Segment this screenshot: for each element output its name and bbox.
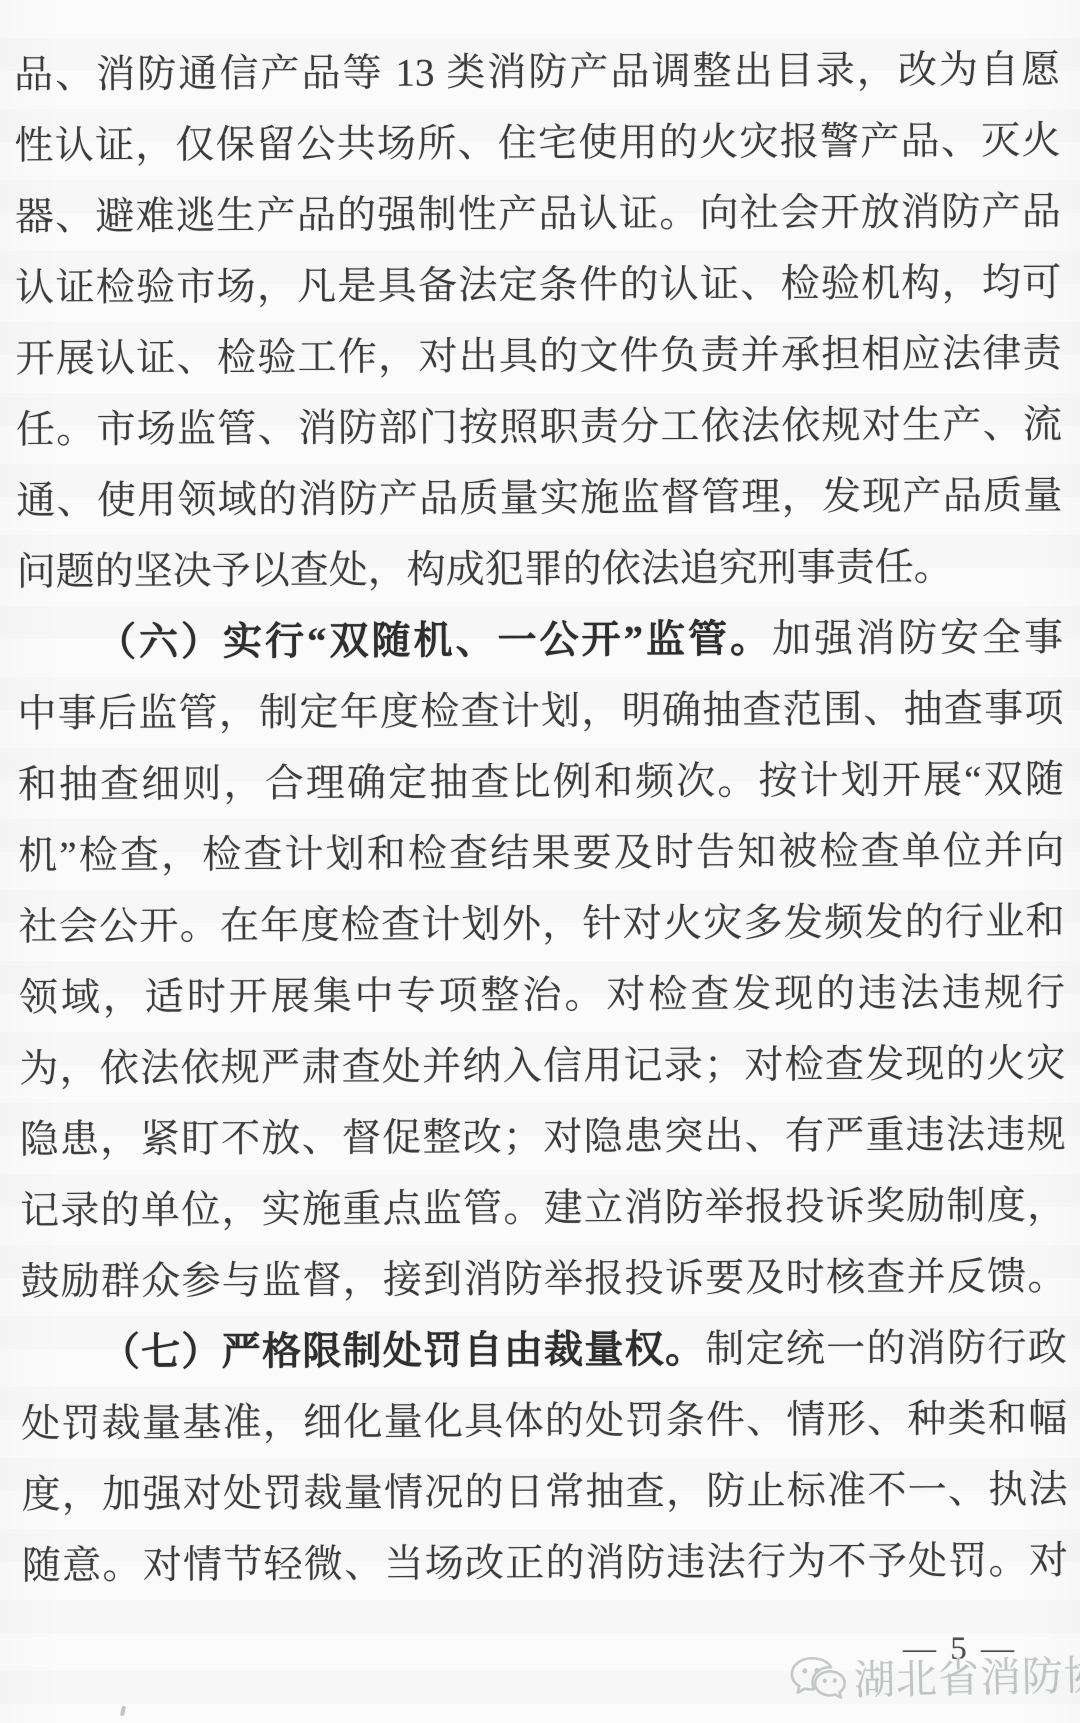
- text-line: 器、避难逃生产品的强制性产品认证。向社会开放消防产品: [15, 176, 1061, 252]
- text-line: 隐患，紧盯不放、督促整改；对隐患突出、有严重违法违规: [19, 1099, 1065, 1175]
- body-segment: 处罚裁量基准，细化量化具体的处罚条件、情形、种类和幅: [21, 1397, 1067, 1445]
- body-segment: 中事后监管，制定年度检查计划，明确抽查范围、抽查事项: [17, 687, 1063, 735]
- text-line: 认证检验市场，凡是具备法定条件的认证、检验机构，均可: [15, 247, 1061, 323]
- body-segment: 鼓励群众参与监督，接到消防举报投诉要及时核查并反馈。: [20, 1255, 1066, 1303]
- body-segment: 社会公开。在年度检查计划外，针对火灾多发频发的行业和: [18, 900, 1064, 948]
- text-line: 机”检查，检查计划和检查结果要及时告知被检查单位并向: [18, 815, 1064, 891]
- text-line: 领域，适时开展集中专项整治。对检查发现的违法违规行: [19, 957, 1065, 1033]
- text-line: 鼓励群众参与监督，接到消防举报投诉要及时核查并反馈。: [20, 1241, 1066, 1317]
- text-line: （七）严格限制处罚自由裁量权。制定统一的消防行政: [21, 1312, 1067, 1388]
- watermark: 湖北省消防协会: [785, 1645, 1080, 1711]
- text-line: 性认证，仅保留公共场所、住宅使用的火灾报警产品、灭火: [14, 105, 1060, 181]
- scan-artifact-dot: [120, 1706, 126, 1717]
- text-line: 开展认证、检验工作，对出具的文件负责并承担相应法律责: [15, 318, 1061, 394]
- body-segment: 为，依法依规严肃查处并纳入信用记录；对检查发现的火灾: [19, 1042, 1065, 1090]
- body-segment: 品、消防通信产品等 13 类消防产品调整出目录，改为自愿: [14, 48, 1060, 96]
- body-segment: 机”检查，检查计划和检查结果要及时告知被检查单位并向: [18, 829, 1064, 877]
- text-line: 中事后监管，制定年度检查计划，明确抽查范围、抽查事项: [17, 673, 1063, 749]
- document-page: 品、消防通信产品等 13 类消防产品调整出目录，改为自愿性认证，仅保留公共场所、…: [0, 0, 1080, 1723]
- body-segment: 加强消防安全事: [772, 616, 1063, 661]
- text-line: 通、使用领域的消防产品质量实施监督管理，发现产品质量: [16, 460, 1062, 536]
- text-line: 和抽查细则，合理确定抽查比例和频次。按计划开展“双随: [18, 744, 1064, 820]
- text-line: 社会公开。在年度检查计划外，针对火灾多发频发的行业和: [18, 886, 1064, 962]
- heading-segment: （七）严格限制处罚自由裁量权。: [101, 1328, 706, 1374]
- heading-segment: （六）实行“双随机、一公开”监管。: [97, 618, 772, 665]
- text-line: （六）实行“双随机、一公开”监管。加强消防安全事: [17, 602, 1063, 678]
- wechat-icon: [785, 1651, 850, 1710]
- text-line: 度，加强对处罚裁量情况的日常抽查，防止标准不一、执法: [21, 1454, 1067, 1530]
- body-segment: 记录的单位，实施重点监管。建立消防举报投诉奖励制度，: [20, 1184, 1066, 1232]
- body-segment: 领域，适时开展集中专项整治。对检查发现的违法违规行: [19, 971, 1065, 1019]
- body-segment: 随意。对情节轻微、当场改正的消防违法行为不予处罚。对: [22, 1539, 1068, 1587]
- text-line: 为，依法依规严肃查处并纳入信用记录；对检查发现的火灾: [19, 1028, 1065, 1104]
- body-segment: 制定统一的消防行政: [705, 1326, 1067, 1371]
- body-segment: 性认证，仅保留公共场所、住宅使用的火灾报警产品、灭火: [14, 119, 1060, 167]
- body-segment: 开展认证、检验工作，对出具的文件负责并承担相应法律责: [15, 332, 1061, 380]
- body-segment: 和抽查细则，合理确定抽查比例和频次。按计划开展“双随: [18, 758, 1064, 806]
- body-segment: 通、使用领域的消防产品质量实施监督管理，发现产品质量: [16, 474, 1062, 522]
- body-segment: 器、避难逃生产品的强制性产品认证。向社会开放消防产品: [15, 190, 1061, 238]
- body-segment: 隐患，紧盯不放、督促整改；对隐患突出、有严重违法违规: [20, 1113, 1066, 1161]
- watermark-label: 湖北省消防协会: [853, 1645, 1080, 1709]
- text-line: 品、消防通信产品等 13 类消防产品调整出目录，改为自愿: [14, 34, 1060, 110]
- body-segment: 认证检验市场，凡是具备法定条件的认证、检验机构，均可: [15, 261, 1061, 309]
- text-line: 问题的坚决予以查处，构成犯罪的依法追究刑事责任。: [17, 531, 1063, 607]
- text-line: 任。市场监管、消防部门按照职责分工依法依规对生产、流: [16, 389, 1062, 465]
- body-segment: 问题的坚决予以查处，构成犯罪的依法追究刑事责任。: [17, 546, 953, 594]
- document-body: 品、消防通信产品等 13 类消防产品调整出目录，改为自愿性认证，仅保留公共场所、…: [14, 34, 1068, 1601]
- body-segment: 度，加强对处罚裁量情况的日常抽查，防止标准不一、执法: [21, 1468, 1067, 1516]
- text-line: 记录的单位，实施重点监管。建立消防举报投诉奖励制度，: [20, 1170, 1066, 1246]
- text-line: 处罚裁量基准，细化量化具体的处罚条件、情形、种类和幅: [21, 1383, 1067, 1459]
- body-segment: 任。市场监管、消防部门按照职责分工依法依规对生产、流: [16, 403, 1062, 451]
- text-line: 随意。对情节轻微、当场改正的消防违法行为不予处罚。对: [22, 1525, 1068, 1601]
